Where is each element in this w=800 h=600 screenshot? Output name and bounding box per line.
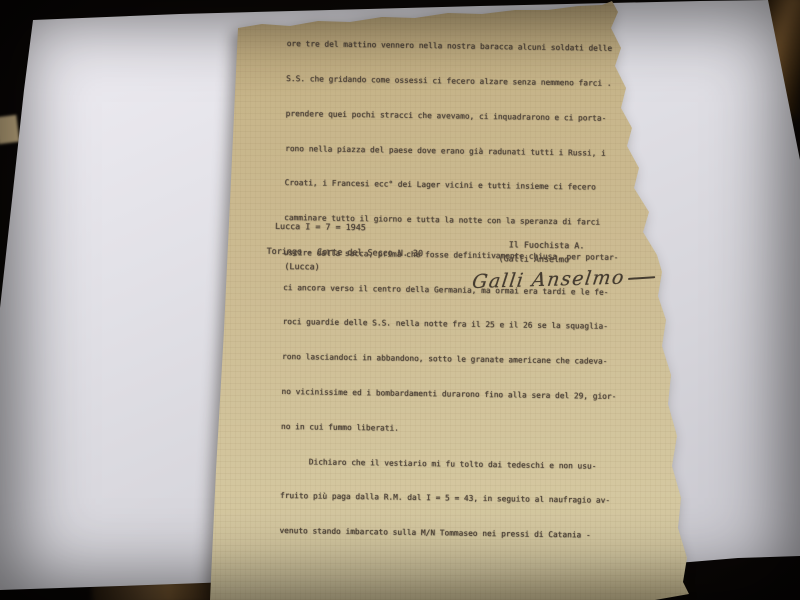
typed-line: venuto stando imbarcato sulla M/N Tommas… bbox=[279, 525, 614, 542]
typed-line: ore tre del mattino vennero nella nostra… bbox=[287, 38, 622, 55]
typed-line: rono nella piazza del paese dove erano g… bbox=[285, 143, 620, 160]
signer-role-line: Il Fuochista A. bbox=[509, 239, 585, 250]
photo-of-document: ore tre del mattino vennero nella nostra… bbox=[0, 0, 800, 600]
address-line-2: (Lucca) bbox=[284, 261, 319, 272]
typed-line: fruito più paga dalla R.M. dal I = 5 = 4… bbox=[280, 490, 615, 507]
typed-line: Croati, i Francesi ecc° dei Lager vicini… bbox=[285, 177, 620, 194]
signature-flourish-stroke bbox=[628, 276, 655, 279]
typed-line: prendere quei pochi stracci che avevamo,… bbox=[286, 108, 621, 125]
signer-typed-name-line: (Galli Anselmo bbox=[498, 253, 569, 264]
date-place-line: Lucca I = 7 = 1945 bbox=[275, 221, 366, 232]
signature-text: Galli Anselmo bbox=[471, 267, 627, 293]
typed-line: Dichiaro che il vestiario mi fu tolto da… bbox=[280, 456, 615, 473]
typed-line: roci guardie delle S.S. nella notte fra … bbox=[283, 316, 618, 333]
typed-line: rono lasciandoci in abbandono, sotto le … bbox=[282, 351, 617, 368]
typed-line: no vicinissime ed i bombardamenti duraro… bbox=[281, 386, 616, 403]
letter-text-layer: ore tre del mattino vennero nella nostra… bbox=[0, 0, 800, 600]
handwritten-signature: Galli Anselmo bbox=[471, 265, 664, 293]
typed-line: no in cui fummo liberati. bbox=[281, 421, 616, 438]
typed-line: S.S. che gridando come ossessi ci fecero… bbox=[286, 73, 621, 90]
